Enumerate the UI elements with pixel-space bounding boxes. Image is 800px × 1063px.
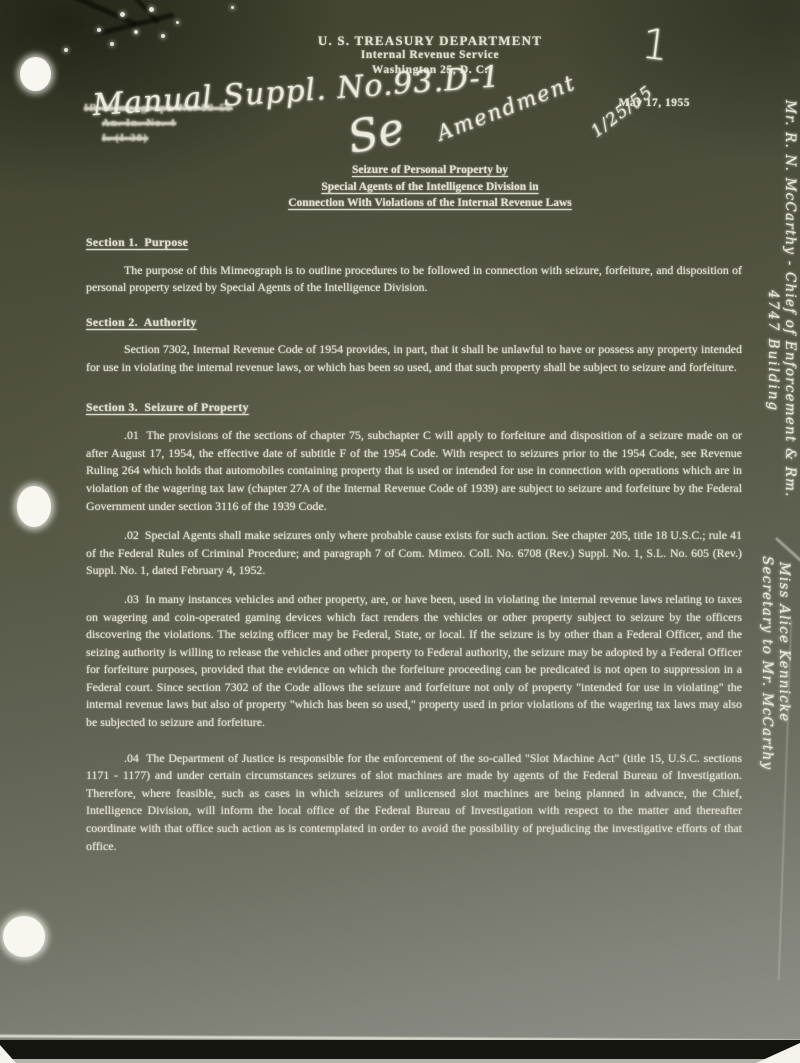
handwritten-amendment-date: 1/25/55 (587, 82, 657, 142)
hole-punch (20, 57, 51, 91)
hole-punch (17, 486, 51, 527)
hole-punch (3, 916, 45, 957)
section-2-heading: Section 2. Authority (86, 314, 742, 332)
speckle-dot (149, 7, 154, 12)
margin-note-recipient: Mr. R. N. McCarthy - Chief of Enforcemen… (764, 100, 798, 580)
letterhead-department: U. S. TREASURY DEPARTMENT (60, 33, 800, 48)
section-2-paragraph: Section 7302, Internal Revenue Code of 1… (86, 341, 742, 376)
document-title: Seizure of Personal Property by Special … (60, 162, 800, 212)
section-1-heading: Section 1. Purpose (86, 234, 742, 252)
margin-note-line: Secretary to Mr. McCarthy (758, 556, 775, 872)
scanned-document-page: U. S. TREASURY DEPARTMENT Internal Reven… (0, 0, 800, 1063)
section-3-paragraph-03: .03 In many instances vehicles and other… (86, 591, 742, 732)
section-3-paragraph-01: .01 The provisions of the sections of ch… (86, 427, 742, 515)
title-line-3: Connection With Violations of the Intern… (288, 197, 572, 209)
crossed-out-line: I. (I-30) (102, 131, 233, 146)
margin-note-line: Mr. R. N. McCarthy - Chief of Enforcemen… (781, 100, 798, 580)
speckle-dot (97, 28, 101, 32)
section-3-paragraph-04: .04 The Department of Justice is respons… (86, 750, 742, 856)
margin-note-line: 4747 Building (764, 290, 781, 580)
scan-bottom-sliver (0, 1059, 800, 1063)
title-line-1: Seizure of Personal Property by (352, 164, 508, 176)
title-line-2: Special Agents of the Intelligence Divis… (321, 181, 538, 193)
speckle-dot (120, 12, 125, 17)
letterhead-service: Internal Revenue Service (60, 48, 800, 63)
section-1-paragraph: The purpose of this Mimeograph is to out… (86, 262, 742, 297)
section-3-paragraph-02: .02 Special Agents shall make seizures o… (86, 527, 742, 580)
speckle-dot (231, 6, 234, 9)
speckle-dot (176, 21, 179, 24)
document-body: Section 1. Purpose The purpose of this M… (86, 234, 742, 855)
section-3-heading: Section 3. Seizure of Property (86, 399, 742, 417)
handwritten-see-note: Se (343, 103, 409, 165)
handwritten-page-number: 1 (639, 19, 672, 71)
